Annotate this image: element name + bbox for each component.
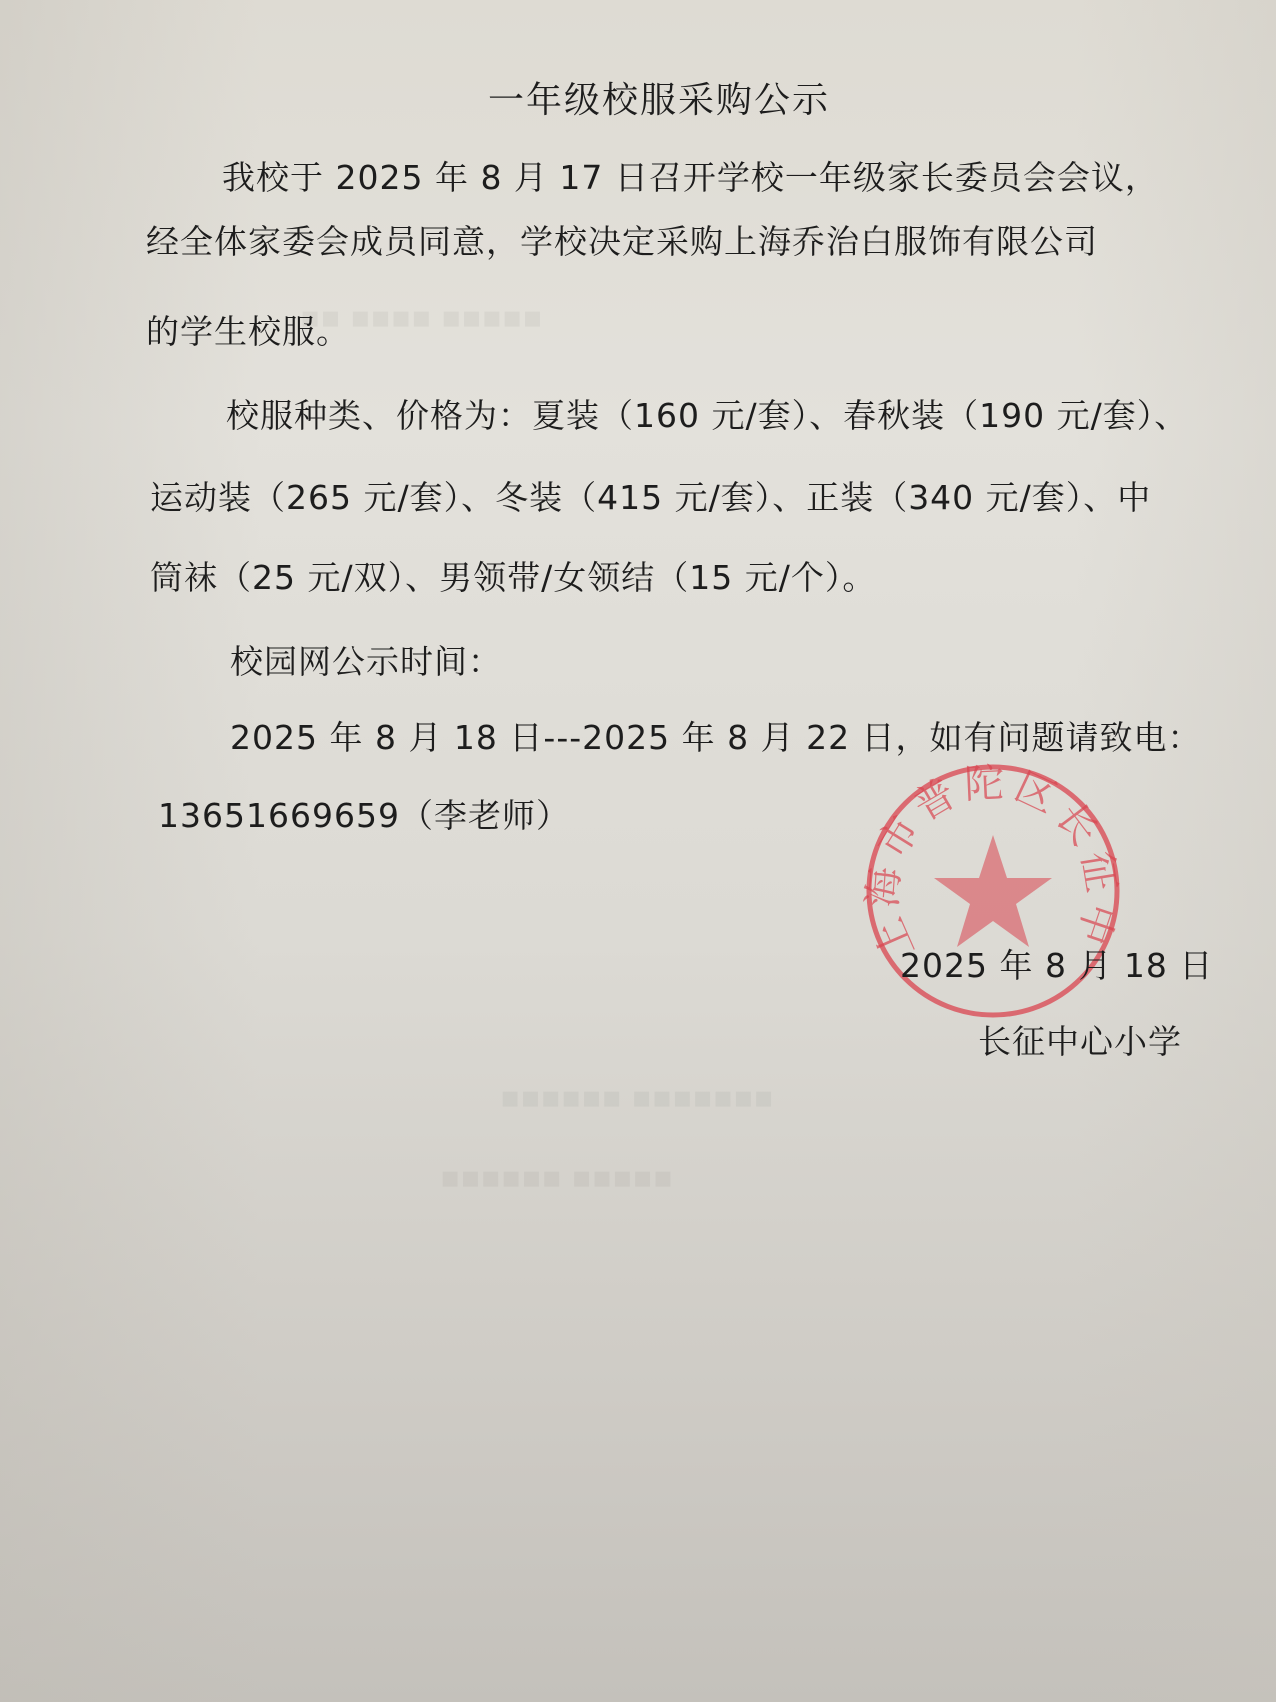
seal-text: 上海市普陀区长征中心小学 (862, 760, 1124, 966)
bleed-through-text: ▪▪▪▪▪▪ ▪▪▪▪▪▪▪ (500, 1080, 774, 1115)
paragraph-line: 的学生校服。 (146, 306, 350, 353)
paragraph-line: 校服种类、价格为：夏装（160 元/套）、春秋装（190 元/套）、 (226, 390, 1188, 437)
paper-shadow-right (1076, 0, 1276, 1702)
signature-date: 2025 年 8 月 18 日 (900, 940, 1213, 987)
bleed-through-text: ▪▪▪▪▪▪ ▪▪▪▪▪ (440, 1160, 673, 1195)
paragraph-line: 2025 年 8 月 18 日---2025 年 8 月 22 日，如有问题请致… (230, 712, 1202, 759)
paragraph-line: 运动装（265 元/套）、冬装（415 元/套）、正装（340 元/套）、中 (150, 472, 1151, 519)
paragraph-line: 筒袜（25 元/双）、男领带/女领结（15 元/个）。 (150, 552, 876, 599)
document-title: 一年级校服采购公示 (488, 72, 830, 123)
signature-organization: 长征中心小学 (978, 1016, 1182, 1063)
svg-text:上海市普陀区长征中心小学: 上海市普陀区长征中心小学 (862, 760, 1124, 966)
paragraph-line: 我校于 2025 年 8 月 17 日召开学校一年级家长委员会会议， (222, 152, 1159, 199)
paragraph-line: 经全体家委会成员同意，学校决定采购上海乔治白服饰有限公司 (146, 216, 1098, 263)
star-icon (934, 835, 1052, 947)
contact-phone: 13651669659（李老师） (158, 790, 570, 837)
paragraph-line: 校园网公示时间： (230, 636, 502, 683)
